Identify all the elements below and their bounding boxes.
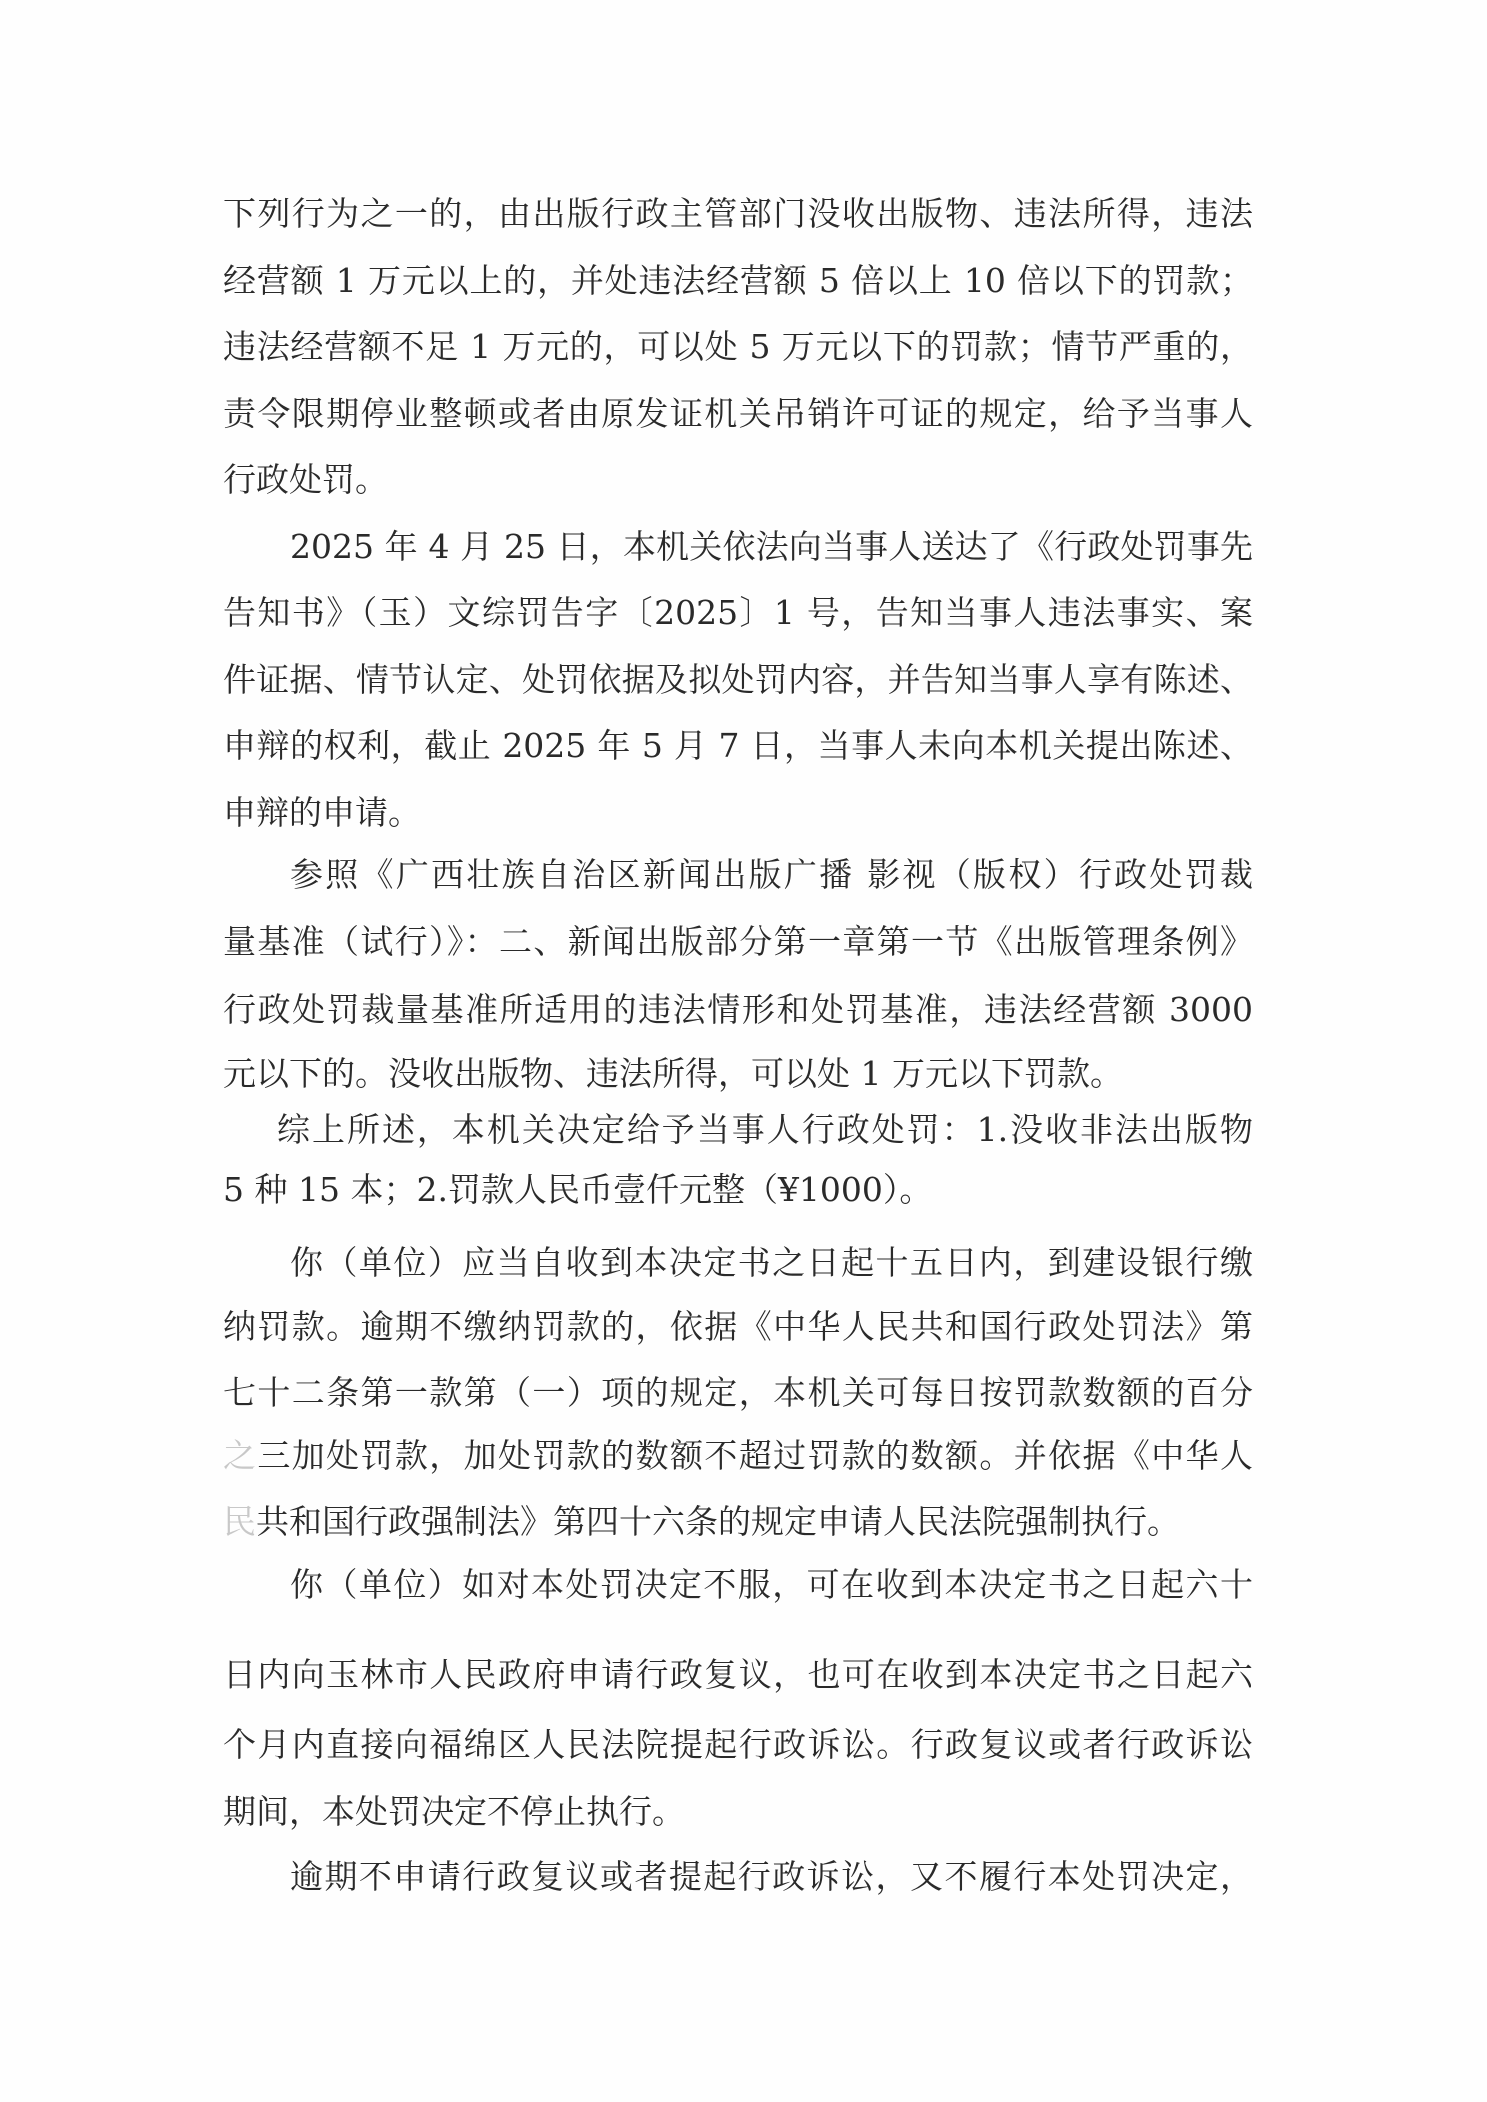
faded-char: 民 (223, 1502, 256, 1541)
text-line: 七十二条第一款第（一）项的规定，本机关可每日按罚款数额的百分 (223, 1371, 1253, 1415)
text-line: 5 种 15 本；2.罚款人民币壹仟元整（¥1000）。 (223, 1168, 1253, 1212)
text-line: 行政处罚。 (223, 458, 1253, 502)
text-line: 责令限期停业整顿或者由原发证机关吊销许可证的规定，给予当事人 (223, 392, 1253, 436)
faded-char: 之 (223, 1436, 257, 1475)
text-line: 个月内直接向福绵区人民法院提起行政诉讼。行政复议或者行政诉讼 (223, 1723, 1253, 1767)
text-line: 综上所述，本机关决定给予当事人行政处罚：1.没收非法出版物 (277, 1108, 1253, 1152)
text-line: 经营额 1 万元以上的，并处违法经营额 5 倍以上 10 倍以下的罚款； (223, 259, 1253, 303)
text-line: 参照《广西壮族自治区新闻出版广播 影视（版权）行政处罚裁 (290, 853, 1253, 897)
text-line: 逾期不申请行政复议或者提起行政诉讼，又不履行本处罚决定， (290, 1855, 1253, 1899)
text-line: 元以下的。没收出版物、违法所得，可以处 1 万元以下罚款。 (223, 1052, 1253, 1096)
text-line: 申辩的申请。 (223, 791, 1253, 835)
document-page: 下列行为之一的，由出版行政主管部门没收出版物、违法所得，违法经营额 1 万元以上… (0, 0, 1487, 2102)
text-line: 下列行为之一的，由出版行政主管部门没收出版物、违法所得，违法 (223, 192, 1253, 236)
text-line: 期间，本处罚决定不停止执行。 (223, 1790, 1253, 1834)
text-line: 行政处罚裁量基准所适用的违法情形和处罚基准，违法经营额 3000 (223, 988, 1253, 1032)
text-line: 违法经营额不足 1 万元的，可以处 5 万元以下的罚款；情节严重的， (223, 325, 1253, 369)
text-line: 告知书》（玉）文综罚告字〔2025〕1 号，告知当事人违法事实、案 (223, 591, 1253, 635)
text-line: 日内向玉林市人民政府申请行政复议，也可在收到本决定书之日起六 (223, 1653, 1253, 1697)
text-line: 量基准（试行）》：二、新闻出版部分第一章第一节《出版管理条例》 (223, 920, 1253, 964)
text-line: 申辩的权利，截止 2025 年 5 月 7 日，当事人未向本机关提出陈述、 (223, 724, 1253, 768)
text-line: 民共和国行政强制法》第四十六条的规定申请人民法院强制执行。 (223, 1500, 1253, 1544)
text-line: 你（单位）应当自收到本决定书之日起十五日内，到建设银行缴 (290, 1241, 1253, 1285)
text-line: 2025 年 4 月 25 日，本机关依法向当事人送达了《行政处罚事先 (290, 525, 1253, 569)
text-line: 纳罚款。逾期不缴纳罚款的，依据《中华人民共和国行政处罚法》第 (223, 1305, 1253, 1349)
text-line: 你（单位）如对本处罚决定不服，可在收到本决定书之日起六十 (290, 1563, 1253, 1607)
text-line: 件证据、情节认定、处罚依据及拟处罚内容，并告知当事人享有陈述、 (223, 658, 1253, 702)
text-line: 之三加处罚款，加处罚款的数额不超过罚款的数额。并依据《中华人 (223, 1434, 1253, 1478)
